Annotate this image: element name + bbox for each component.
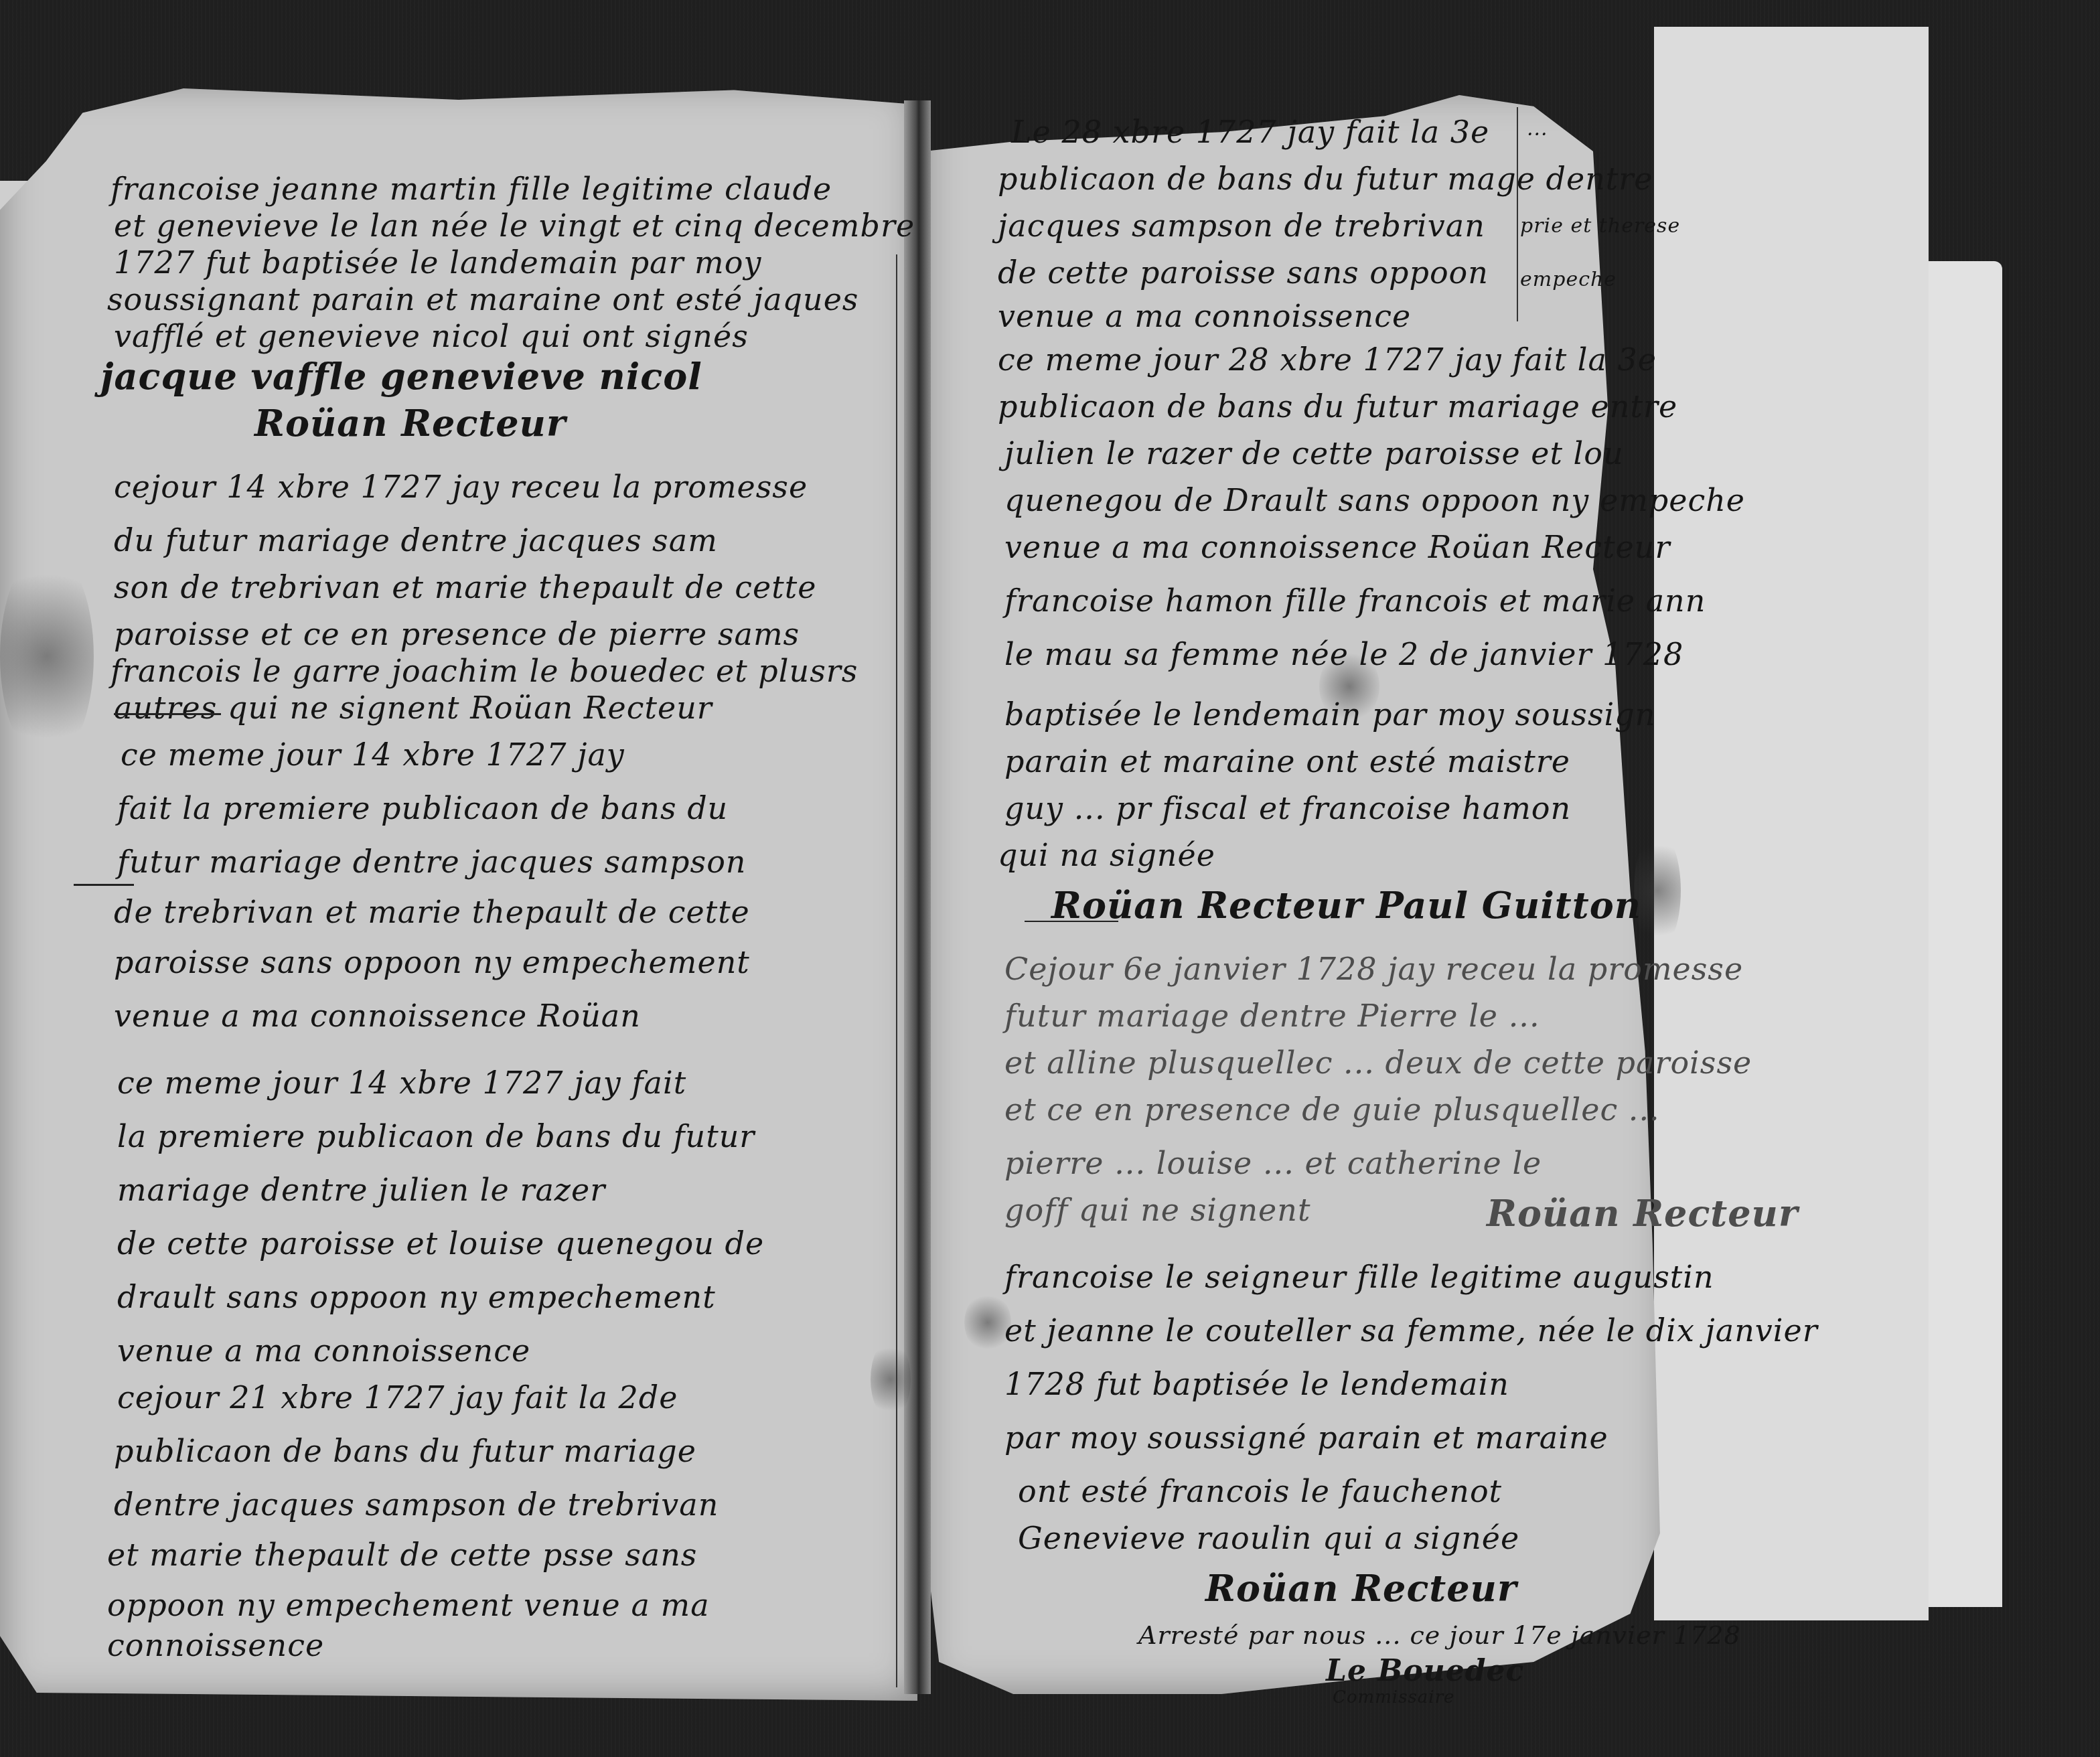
text-line: et alline plusquellec ... deux de cette … [1004, 1045, 1752, 1081]
text-line: 1727 fut baptisée le landemain par moy [114, 244, 761, 281]
text-line: publicaon de bans du futur mariage [114, 1433, 696, 1469]
text-line: goff qui ne signent [1004, 1192, 1310, 1228]
text-line: cejour 21 xbre 1727 jay fait la 2de [117, 1379, 678, 1416]
signature-recteur: Roüan Recteur [254, 402, 566, 445]
text-line: Le 28 xbre 1727 jay fait la 3e [1011, 114, 1489, 150]
text-line: et ce en presence de guie plusquellec ..… [1004, 1091, 1660, 1128]
text-line: ce meme jour 28 xbre 1727 jay fait la 3e [998, 341, 1657, 378]
text-line: futur mariage dentre jacques sampson [117, 844, 746, 880]
margin-note: prie et therese [1520, 214, 1680, 238]
text-line: la premiere publicaon de bans du futur [117, 1118, 755, 1154]
text-line: francois le garre joachim le bouedec et … [110, 653, 858, 689]
page-edge-line [896, 254, 897, 1687]
text-line: francoise hamon fille francois et marie … [1004, 583, 1706, 619]
water-stain [0, 549, 94, 763]
text-line: de cette paroisse et louise quenegou de [117, 1225, 764, 1262]
text-line: cejour 14 xbre 1727 jay receu la promess… [114, 469, 808, 505]
text-line: ce meme jour 14 xbre 1727 jay [121, 737, 625, 773]
text-line: baptisée le lendemain par moy soussign [1004, 696, 1655, 733]
text-line: quenegou de Drault sans oppoon ny empech… [1004, 482, 1745, 518]
text-line: paroisse sans oppoon ny empechement [114, 944, 750, 980]
text-line: francoise jeanne martin fille legitime c… [110, 171, 832, 207]
text-line: parain et maraine ont esté maistre [1004, 743, 1570, 779]
text-line: connoissence [107, 1627, 324, 1663]
backing-sheet-edge [1929, 261, 2002, 1607]
signature-recteur: Roüan Recteur Paul Guitton [1051, 884, 1641, 927]
text-line: futur mariage dentre Pierre le ... [1004, 998, 1540, 1034]
text-line: Cejour 6e janvier 1728 jay receu la prom… [1004, 951, 1743, 987]
text-line: autres qui ne signent Roüan Recteur [114, 690, 712, 726]
text-line: publicaon de bans du futur mariage entre [998, 388, 1677, 425]
text-line: venue a ma connoissence [117, 1332, 530, 1369]
text-line: drault sans oppoon ny empechement [117, 1279, 716, 1315]
text-line: fait la premiere publicaon de bans du [117, 790, 728, 826]
text-line: et genevieve le lan née le vingt et cinq… [114, 208, 915, 244]
signature-recteur: Roüan Recteur [1487, 1192, 1798, 1235]
text-line: 1728 fut baptisée le lendemain [1004, 1366, 1509, 1402]
text-line: ont esté francois le fauchenot [1018, 1473, 1502, 1509]
margin-note: ... [1527, 117, 1548, 141]
text-line: paroisse et ce en presence de pierre sam… [114, 616, 800, 652]
closing-note: Arresté par nous ... ce jour 17e janvier… [1138, 1620, 1741, 1650]
text-line: oppoon ny empechement venue a ma [107, 1587, 710, 1623]
commissioner-title: Commissaire [1333, 1687, 1455, 1707]
underline [114, 713, 221, 715]
text-line: le mau sa femme née le 2 de janvier 1728 [1004, 636, 1683, 672]
text-line: venue a ma connoissence [998, 298, 1411, 334]
book-spine [904, 100, 931, 1694]
text-line: qui na signée [998, 837, 1215, 873]
text-line: julien le razer de cette paroisse et lou [1004, 435, 1624, 471]
margin-divider [1517, 107, 1518, 321]
text-line: guy ... pr fiscal et francoise hamon [1004, 790, 1571, 826]
text-line: par moy soussigné parain et maraine [1004, 1420, 1608, 1456]
text-line: publicaon de bans du futur mage dentre [998, 161, 1653, 197]
text-line: de cette paroisse sans oppoon [998, 254, 1489, 291]
ink-blot [871, 1339, 911, 1420]
text-line: de trebrivan et marie thepault de cette [114, 894, 750, 930]
backing-sheet [1654, 27, 1929, 1620]
text-line: venue a ma connoissence Roüan [114, 998, 641, 1034]
text-line: pierre ... louise ... et catherine le [1004, 1145, 1542, 1181]
text-line: Genevieve raoulin qui a signée [1018, 1520, 1519, 1556]
underline [1025, 921, 1118, 922]
text-line: francoise le seigneur fille legitime aug… [1004, 1259, 1714, 1295]
text-line: du futur mariage dentre jacques sam [114, 522, 718, 558]
text-line: jacques sampson de trebrivan [998, 208, 1485, 244]
text-line: dentre jacques sampson de trebrivan [114, 1486, 719, 1523]
text-line: son de trebrivan et marie thepault de ce… [114, 569, 816, 605]
underline [74, 884, 134, 886]
text-line: soussignant parain et maraine ont esté j… [107, 281, 858, 317]
text-line: venue a ma connoissence Roüan Recteur [1004, 529, 1670, 565]
text-line: ce meme jour 14 xbre 1727 jay fait [117, 1065, 686, 1101]
text-line: vafflé et genevieve nicol qui ont signés [114, 318, 749, 354]
text-line: et jeanne le couteller sa femme, née le … [1004, 1312, 1818, 1349]
commissioner-signature: Le Bouedec [1326, 1654, 1524, 1688]
signature-recteur: Roüan Recteur [1205, 1567, 1517, 1610]
text-line: mariage dentre julien le razer [117, 1172, 605, 1208]
text-line: et marie thepault de cette psse sans [107, 1537, 697, 1573]
margin-note: empeche [1520, 268, 1617, 291]
signature: jacque vaffle genevieve nicol [100, 355, 702, 398]
